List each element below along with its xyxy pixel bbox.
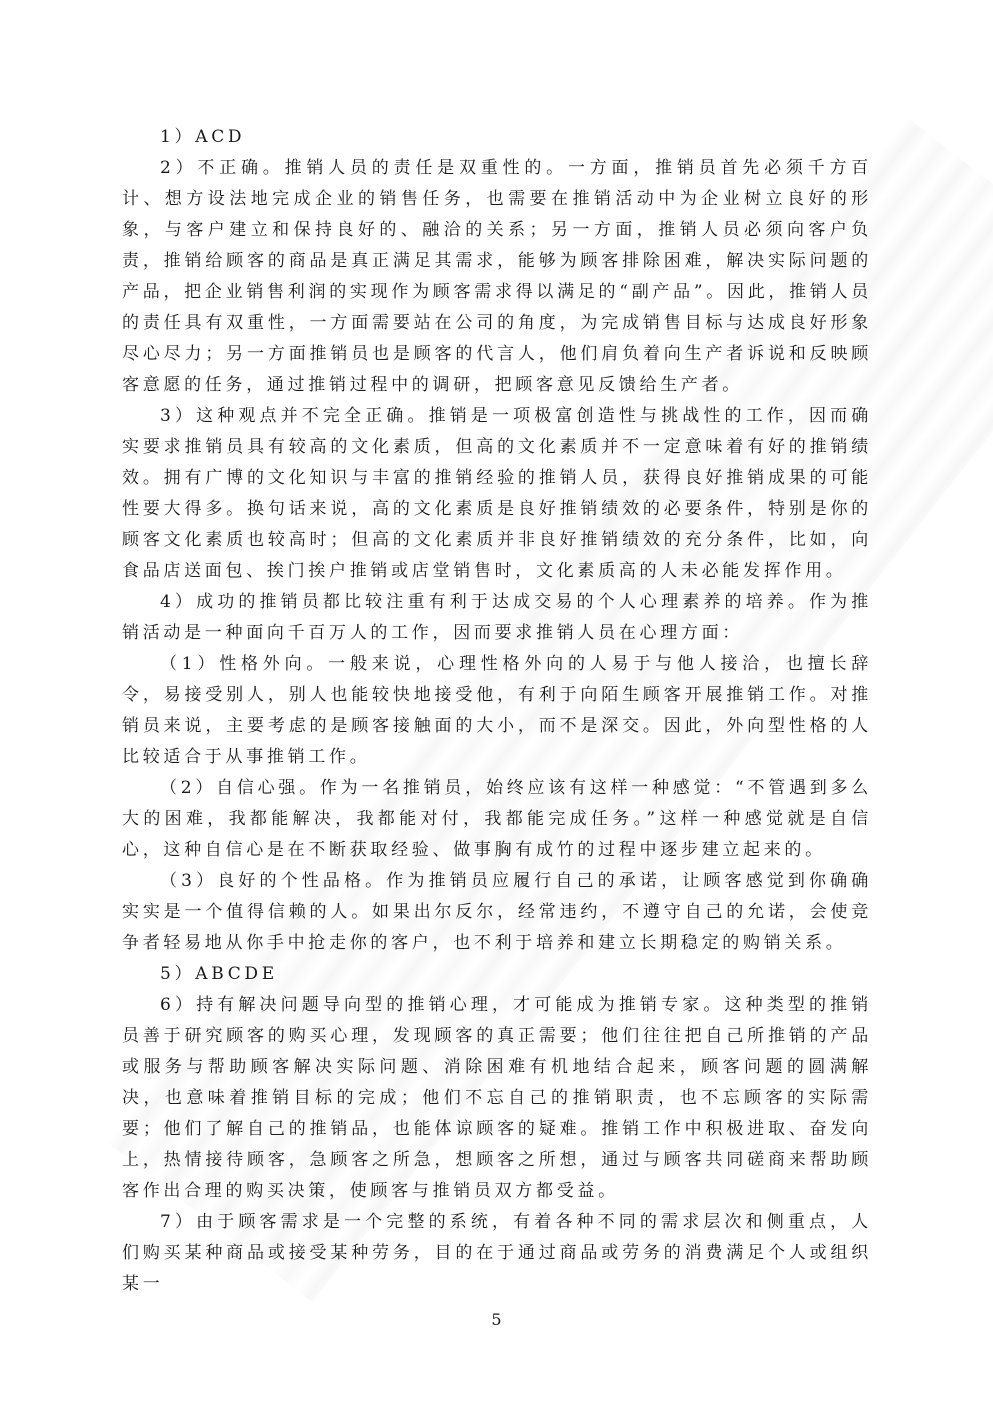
answer-4: 4）成功的推销员都比较注重有利于达成交易的个人心理素养的培养。作为推销活动是一种… [122,587,872,649]
answer-3: 3）这种观点并不完全正确。推销是一项极富创造性与挑战性的工作，因而确实要求推销员… [122,401,872,587]
document-body: 1）ACD 2）不正确。推销人员的责任是双重性的。一方面，推销员首先必须千方百计… [122,122,872,1300]
answer-5: 5）ABCDE [122,959,872,990]
answer-1: 1）ACD [122,122,872,153]
answer-6: 6）持有解决问题导向型的推销心理，才可能成为推销专家。这种类型的推销员善于研究顾… [122,990,872,1207]
answer-7: 7）由于顾客需求是一个完整的系统，有着各种不同的需求层次和侧重点，人们购买某种商… [122,1207,872,1300]
answer-4-point-2: （2）自信心强。作为一名推销员，始终应该有这样一种感觉：“不管遇到多么大的困难，… [122,773,872,866]
answer-4-point-1: （1）性格外向。一般来说，心理性格外向的人易于与他人接洽，也擅长辞令，易接受别人… [122,649,872,773]
page-number: 5 [0,1310,993,1329]
answer-2: 2）不正确。推销人员的责任是双重性的。一方面，推销员首先必须千方百计、想方设法地… [122,153,872,401]
answer-4-point-3: （3）良好的个性品格。作为推销员应履行自己的承诺，让顾客感觉到你确确实实是一个值… [122,866,872,959]
